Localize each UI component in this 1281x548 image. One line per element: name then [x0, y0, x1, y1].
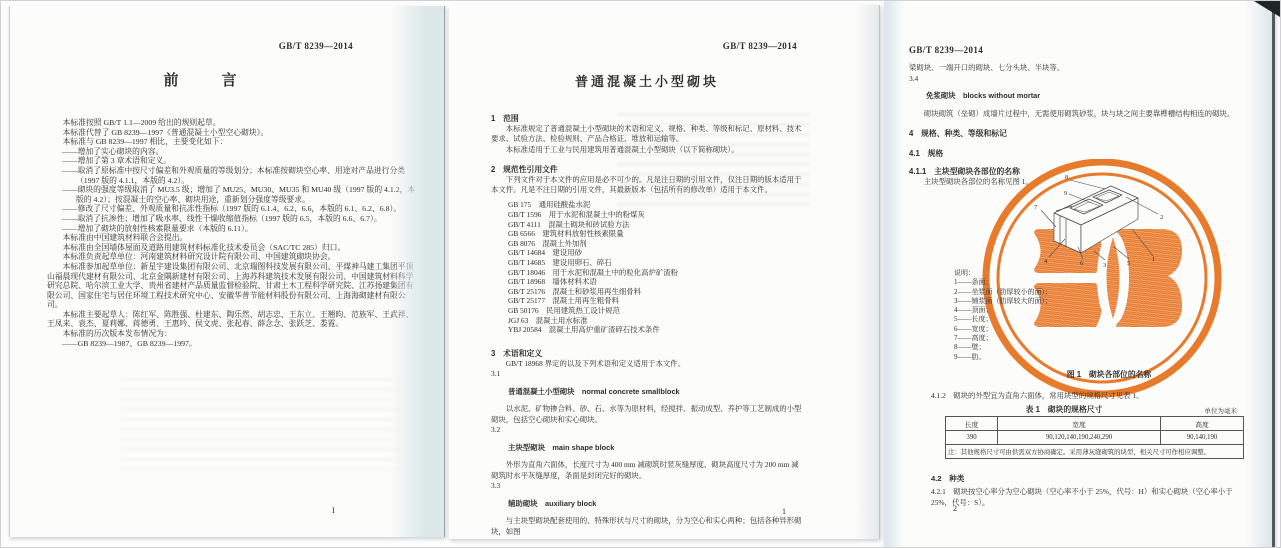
reference-item: GB 6566 建筑材料放射性核素限量	[491, 229, 803, 239]
page-3-body: GB/T 8239—2014 梁砌块、一端开口的砌块、七分头块、半块等。 3.4…	[884, 1, 1275, 548]
reference-item: YBJ 20584 混凝土用高炉重矿渣碎石技术条件	[491, 325, 803, 335]
doc-code-header: GB/T 8239—2014	[47, 41, 419, 51]
table-unit-label: 单位为毫米	[1205, 406, 1238, 415]
reference-item: GB 50176 民用建筑热工设计规范	[491, 306, 803, 316]
legend-item: 1——条面；	[954, 278, 1104, 287]
foreword-intro: 本标准按照 GB/T 1.1—2009 给出的规则起草。 本标准代替了 GB 8…	[47, 118, 419, 147]
scanned-standard-spread: GB/T 8239—2014 前 言 本标准按照 GB/T 1.1—2009 给…	[0, 0, 1281, 548]
callout-label: 9	[1064, 190, 1067, 197]
reference-item: GB/T 25177 混凝土用再生粗骨料	[491, 296, 803, 306]
table-note-row: 注：其他规格尺寸可由供需双方协商确定。采用薄灰缝砌筑的块型，相关尺寸可作相应调整…	[946, 445, 1244, 459]
change-item: ——增加了砌块的放射性核素限量要求（本版的 6.11）。	[47, 224, 419, 234]
standard-title: 普通混凝土小型砌块	[491, 73, 803, 90]
section-2-heading: 2 规范性引用文件	[491, 165, 803, 175]
terms-intro: GB/T 18968 界定的以及下列术语和定义适用于本文件。	[491, 359, 803, 369]
legend-item: 8——壁；	[954, 343, 1104, 352]
foreword-paragraph: 本标准按照 GB/T 1.1—2009 给出的规则起草。	[47, 118, 419, 128]
callout-label: 7	[1034, 204, 1038, 211]
term-definition: 以水泥、矿物掺合料、砂、石、水等为原材料，经搅拌、振动成型、养护等工艺制成的小型…	[491, 404, 803, 425]
term-title: 主块型砌块 main shape block	[491, 443, 803, 453]
section-3-heading: 3 术语和定义	[491, 349, 803, 359]
legend-item: 9——肋。	[954, 353, 1104, 362]
foreword-paragraph: 本标准负责起草单位：河南建筑材料研究设计院有限公司、中国建筑砌块协会。	[47, 252, 419, 262]
reference-item: GB 8076 混凝土外加剂	[491, 239, 803, 249]
history-item: ——GB 8239—1987、GB 8239—1997。	[47, 339, 419, 349]
term-number: 3.1	[491, 369, 803, 379]
change-item: ——增加了第 3 章术语和定义。	[47, 156, 419, 166]
change-item: ——砌块的强度等级取消了 MU3.5 级；增加了 MU25、MU30、MU35 …	[47, 185, 419, 204]
term-definition: 外形为直角六面体，长度尺寸为 400 mm 减砌筑时竖灰缝厚度、砌块高度尺寸为 …	[491, 460, 803, 481]
foreword-paragraph: 本标准参加起草单位：新星宇建设集团有限公司、北京瑞图科技发展有限公司、平煤神马建…	[47, 262, 419, 310]
figure-legend: 说明： 1——条面； 2——坐浆面（肋厚较小的面）； 3——铺浆面（肋厚较大的面…	[954, 269, 1104, 362]
showthrough-texture	[120, 378, 400, 470]
section-4-1-heading: 4.1 规格	[909, 149, 1241, 159]
book-spine-edge	[1272, 1, 1275, 548]
legend-item: 2——坐浆面（肋厚较小的面）；	[954, 288, 1104, 297]
callout-label: 1	[1152, 256, 1155, 263]
table-row: 390 90,120,140,190,240,290 90,140,190	[946, 431, 1244, 445]
foreword-paragraph: 本标准与 GB 8239—1997 相比，主要变化如下：	[47, 137, 419, 147]
callout-label: 3	[1103, 262, 1106, 269]
spec-table: 长度 宽度 高度 390 90,120,140,190,240,290 90,1…	[945, 416, 1244, 459]
foreword-paragraph: 本标准主要起草人：陈红军、陈胜强、杜建东、陶乐然、胡志忠、王东立、王翘昀、范族军…	[47, 310, 419, 329]
doc-code-header: GB/T 8239—2014	[909, 45, 983, 55]
section-1-heading: 1 范围	[491, 114, 803, 124]
cell-width: 90,120,140,190,240,290	[998, 431, 1161, 445]
foreword-paragraph: 本标准由中国建筑材料联合会提出。	[47, 233, 419, 243]
term-title: 免浆砌块 blocks without mortar	[909, 91, 1241, 101]
doc-code-header: GB/T 8239—2014	[491, 41, 803, 51]
foreword-paragraph: 本标准的历次版本发布情况为：	[47, 329, 419, 339]
legend-title: 说明：	[954, 269, 1104, 278]
legend-item: 3——铺浆面（肋厚较大的面）；	[954, 297, 1104, 306]
col-header-height: 高度	[1161, 417, 1244, 431]
term-title: 普通混凝土小型砌块 normal concrete smallblock	[491, 387, 803, 397]
figure-caption: 图 1 砌块各部位的名称	[944, 369, 1274, 380]
foreword-paragraph: 本标准代替了 GB 8239—1997《普通混凝土小型空心砌块》。	[47, 128, 419, 138]
reference-item: GB/T 18968 墙体材料术语	[491, 277, 803, 287]
term-definition: 砌块砌筑（垒砌）成墙片过程中，无需使用砌筑砂浆，块与块之间主要靠榫槽结构相连的砌…	[909, 109, 1241, 120]
page-number: 2	[953, 504, 957, 513]
section-4-2-heading: 4.2 种类	[931, 473, 964, 484]
term-number: 3.4	[909, 74, 1241, 84]
normative-references-list: GB 175 通用硅酸盐水泥 GB/T 1596 用于水泥和混凝土中的粉煤灰 G…	[491, 200, 803, 334]
section-4-2-1: 4.2.1 砌块按空心率分为空心砌块（空心率不小于 25%，代号：H）和实心砌块…	[931, 487, 1245, 508]
reference-item: GB/T 4111 混凝土砌块和砖试验方法	[491, 220, 803, 230]
page-edge-shading	[855, 5, 879, 539]
change-item: ——取消了原标准中按尺寸偏差和外观质量的等级划分；本标准按砌块空心率、用途对产品…	[47, 166, 419, 185]
col-header-length: 长度	[946, 417, 998, 431]
foreword-change-list: ——增加了实心砌块的内容。 ——增加了第 3 章术语和定义。 ——取消了原标准中…	[47, 147, 419, 233]
page-number: I	[332, 506, 335, 515]
reference-item: JGJ 63 混凝土用水标准	[491, 316, 803, 326]
reference-item: GB/T 18046 用于水泥和混凝土中的粒化高炉矿渣粉	[491, 268, 803, 278]
foreword-paragraph: 本标准由全国墙体屋面及道路用建筑材料标准化技术委员会（SAC/TC 285）归口…	[47, 243, 419, 253]
callout-label: 2	[1160, 214, 1163, 221]
legend-item: 5——长度；	[954, 315, 1104, 324]
foreword-body: 本标准由中国建筑材料联合会提出。 本标准由全国墙体屋面及道路用建筑材料标准化技术…	[47, 233, 419, 348]
references-paragraph: 下列文件对于本文件的应用是必不可少的。凡是注日期的引用文件，仅注日期的版本适用于…	[491, 175, 803, 196]
section-4-1-2: 4.1.2 砌块的外型宜为直角六面体，常用块型的规格尺寸见表 1。	[931, 391, 1244, 402]
col-header-width: 宽度	[998, 417, 1161, 431]
term-definition: 与主块型砌块配套使用的、特殊形状与尺寸的砌块，分为空心和实心两种；包括各种异形砌…	[491, 516, 803, 537]
page-2-content: GB/T 8239—2014 普通混凝土小型砌块 1 范围 本标准规定了普通混凝…	[491, 41, 803, 537]
reference-item: GB/T 1596 用于水泥和混凝土中的粉煤灰	[491, 210, 803, 220]
section-4-heading: 4 规格、种类、等级和标记	[909, 129, 1241, 139]
reference-item: GB/T 14684 建设用砂	[491, 248, 803, 258]
term-title: 辅助砌块 auxiliary block	[491, 499, 803, 509]
term-number: 3.2	[491, 425, 803, 435]
page-2-body: GB/T 8239—2014 普通混凝土小型砌块 1 范围 本标准规定了普通混凝…	[449, 5, 880, 539]
scope-paragraph: 本标准规定了普通混凝土小型砌块的术语和定义、规格、种类、等级和标记、原材料、技术…	[491, 124, 803, 145]
change-item: ——增加了实心砌块的内容。	[47, 147, 419, 157]
table-note: 注：其他规格尺寸可由供需双方协商确定。采用薄灰缝砌筑的块型，相关尺寸可作相应调整…	[946, 445, 1244, 459]
cell-height: 90,140,190	[1161, 431, 1244, 445]
reference-item: GB/T 25176 混凝土和砂浆用再生细骨料	[491, 287, 803, 297]
foreword-title: 前 言	[21, 71, 393, 91]
continued-line: 梁砌块、一端开口的砌块、七分头块、半块等。	[909, 63, 1241, 74]
change-item: ——取消了抗渗性；增加了吸水率、线性干燥收缩值指标（1997 版的 6.5，本版…	[47, 214, 419, 224]
legend-item: 7——高度；	[954, 334, 1104, 343]
page-number: 1	[782, 507, 786, 516]
scope-paragraph: 本标准适用于工业与民用建筑用普通混凝土小型砌块（以下简称砌块）。	[491, 145, 803, 155]
legend-item: 6——宽度；	[954, 325, 1104, 334]
callout-label: 8	[1065, 174, 1068, 181]
cell-length: 390	[946, 431, 998, 445]
reference-item: GB 175 通用硅酸盐水泥	[491, 200, 803, 210]
table-header-row: 长度 宽度 高度	[946, 417, 1244, 431]
callout-label: 5	[1127, 260, 1130, 267]
page-1-content: GB/T 8239—2014 前 言 本标准按照 GB/T 1.1—2009 给…	[47, 41, 419, 348]
term-number: 3.3	[491, 481, 803, 491]
change-item: ——修改了尺寸偏差、外观质量和抗冻性指标（1997 版的 6.1.4、6.2、6…	[47, 204, 419, 214]
reference-item: GB/T 14685 建设用卵石、碎石	[491, 258, 803, 268]
table-1-title: 表 1 砌块的规格尺寸	[944, 404, 1184, 415]
page-1-foreword: GB/T 8239—2014 前 言 本标准按照 GB/T 1.1—2009 给…	[9, 6, 445, 537]
